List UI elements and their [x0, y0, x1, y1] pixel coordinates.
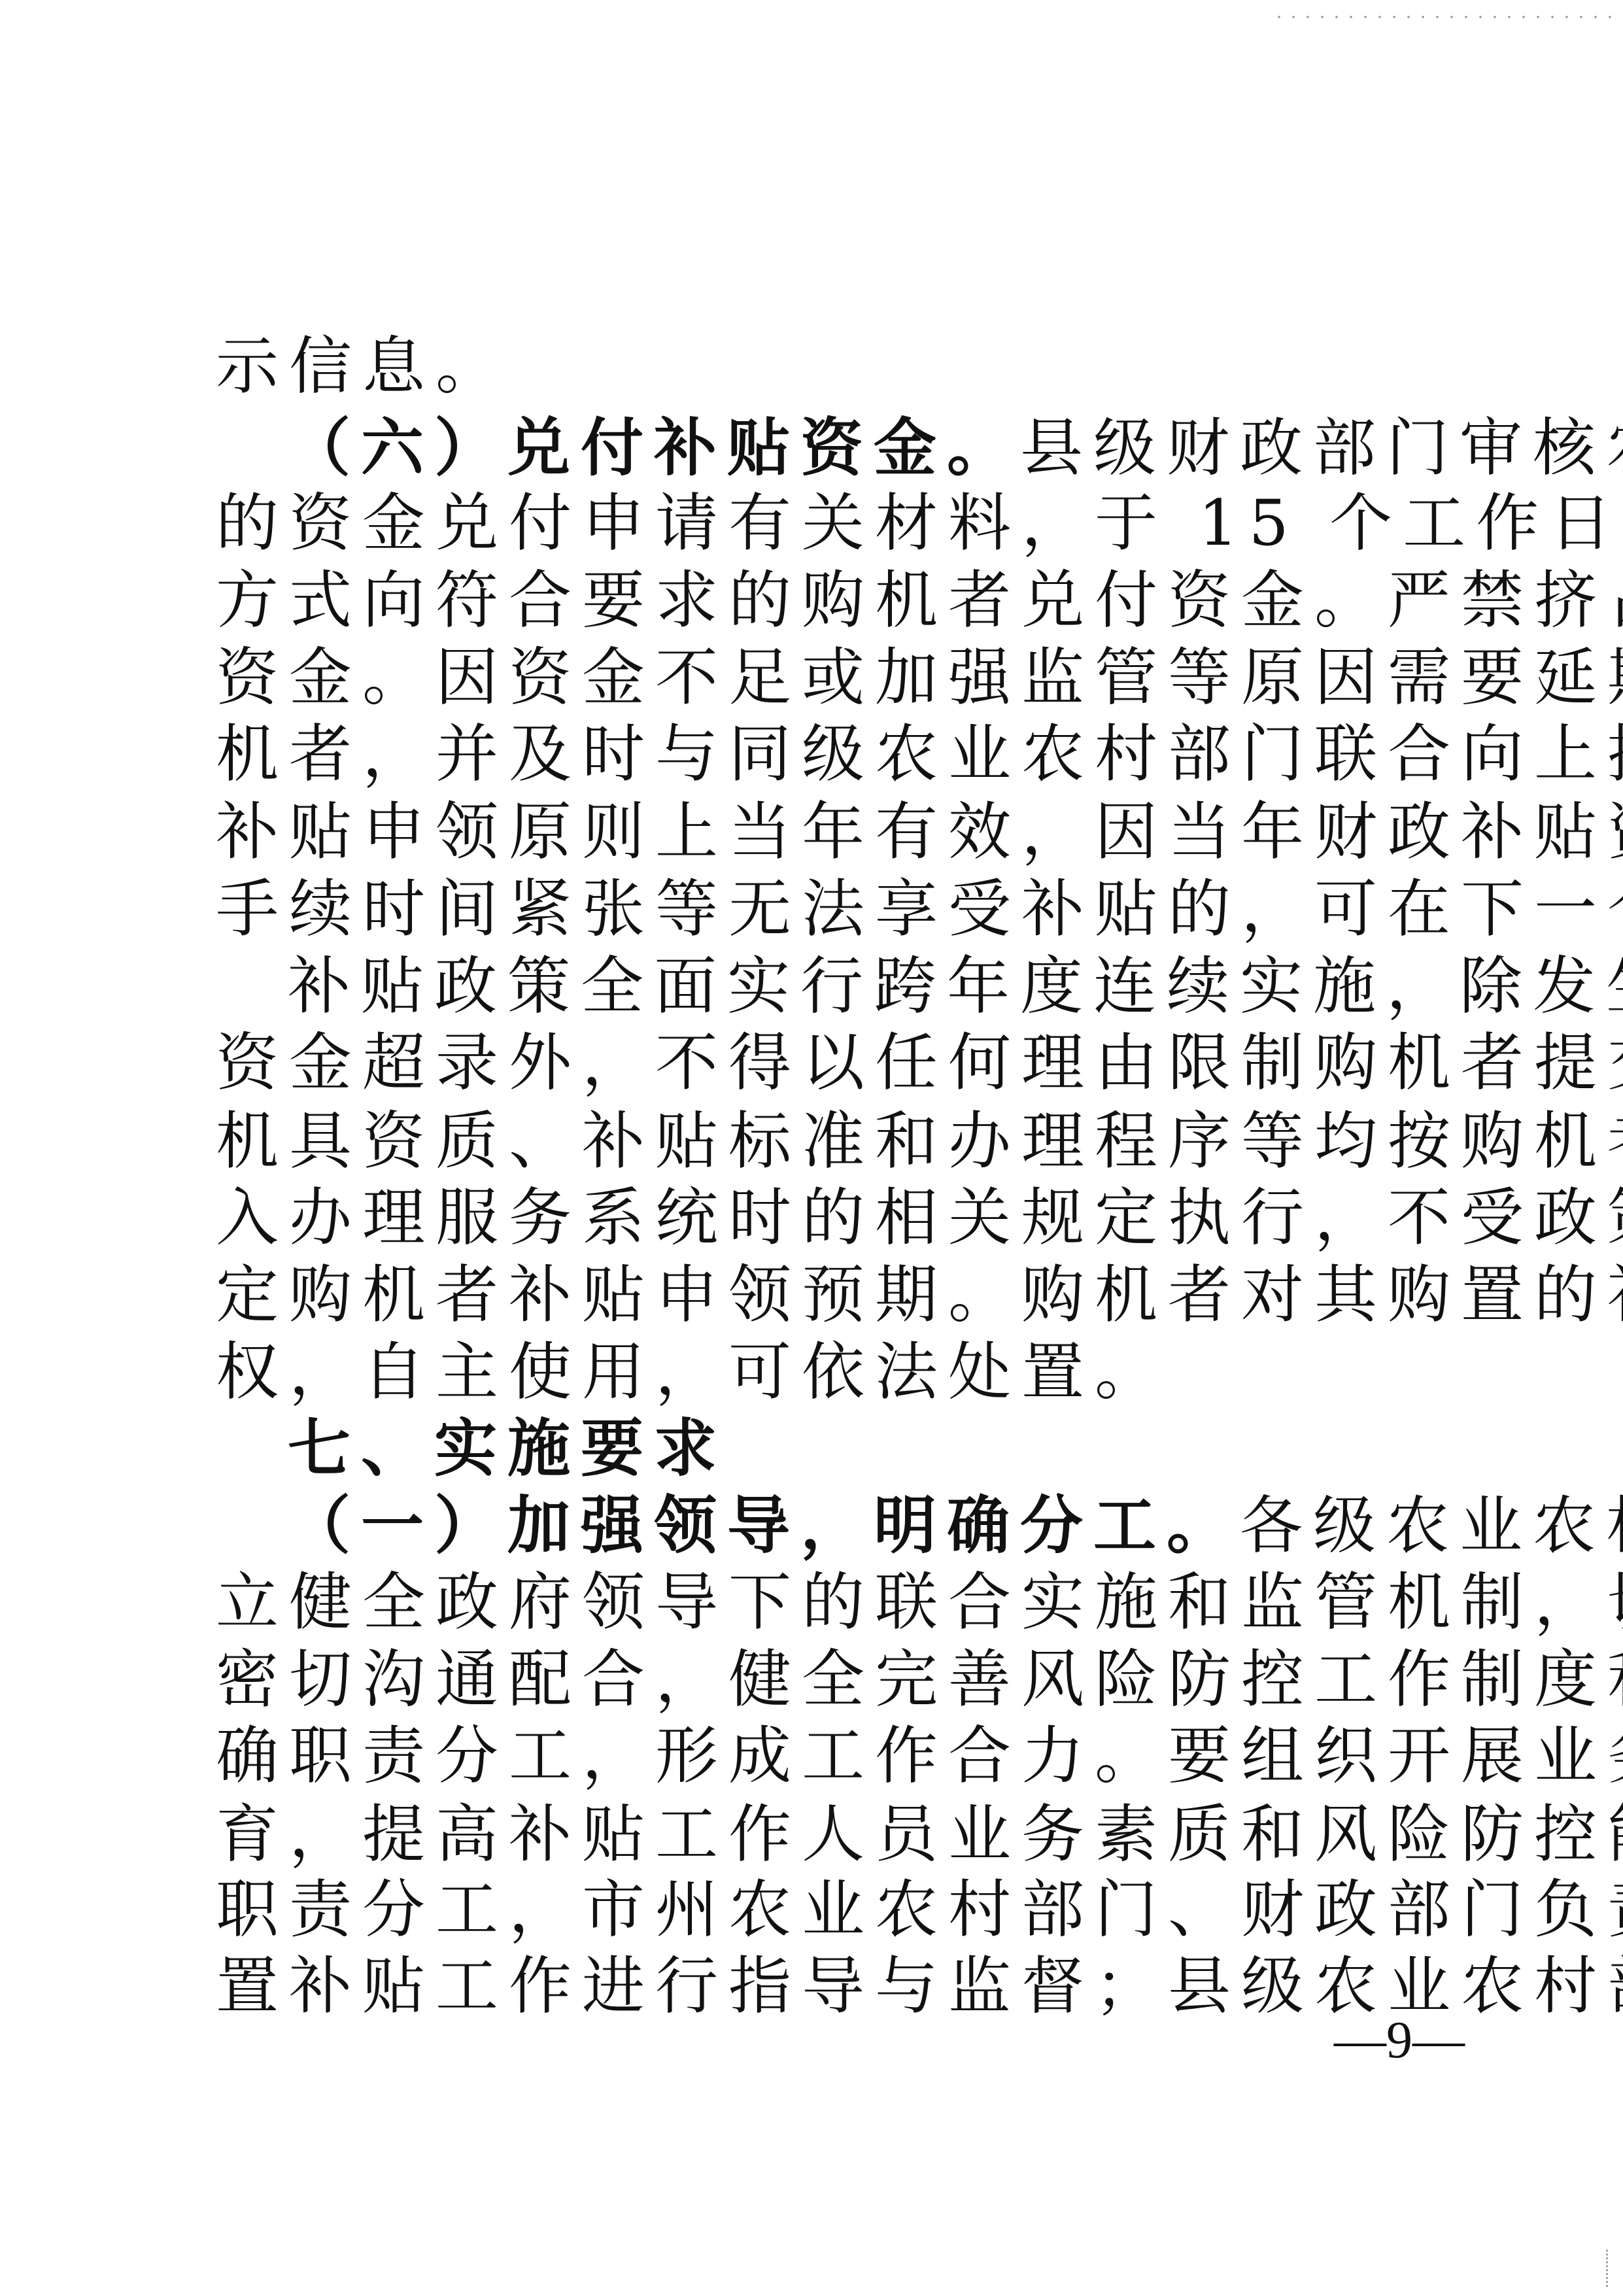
- text-line: 示信息。: [216, 328, 1419, 405]
- text-line: 权，自主使用，可依法处置。: [216, 1334, 1419, 1411]
- section-paragraph-six: （六）兑付补贴资金。县级财政部门审核农业农村部门提交: [288, 410, 1491, 487]
- text-line: 入办理服务系统时的相关规定执行，不受政策调整影响，切实稳: [216, 1180, 1419, 1256]
- text-line: 立健全政府领导下的联合实施和监管机制，切实加强组织协调，: [216, 1564, 1419, 1641]
- text-line: 机者，并及时与同级农业农村部门联合向上报告资金供需情况。: [216, 716, 1419, 793]
- page-number: —9—: [1334, 2011, 1465, 2070]
- scan-artifact-dots: [1272, 14, 1612, 20]
- document-page: 示信息。 （六）兑付补贴资金。县级财政部门审核农业农村部门提交 的资金兑付申请有…: [0, 0, 1623, 2296]
- text-line: 育，提高补贴工作人员业务素质和风险防控能力。要进一步明确: [216, 1796, 1419, 1873]
- text-line: 的资金兑付申请有关材料，于 15 个工作日内通过国库集中支付: [216, 485, 1419, 562]
- subheading-six: （六）兑付补贴资金。: [288, 411, 1020, 485]
- text-line: 手续时间紧张等无法享受补贴的，可在下一个年度优先兑付。: [216, 871, 1419, 948]
- text-line: 资金。因资金不足或加强监管等原因需要延期兑付的，应告知购: [216, 640, 1419, 716]
- text-line: 置补贴工作进行指导与监督；县级农业农村部门负责农机购置补: [216, 1948, 1419, 2025]
- text-line: 机具资质、补贴标准和办理程序等均按购机者提交补贴申请并录: [216, 1103, 1419, 1180]
- text-line: 方式向符合要求的购机者兑付资金。严禁挤占挪用农机购置补贴: [216, 562, 1419, 639]
- text-run: 各级农业农村、财政部门要建: [1240, 1489, 1623, 1562]
- text-line: 确职责分工，形成工作合力。要组织开展业务培训和廉政警示教: [216, 1718, 1419, 1794]
- scan-artifact-edge: [1606, 2250, 1608, 2289]
- text-run: 县级财政部门审核农业农村部门提交: [1020, 411, 1623, 485]
- text-line: 补贴政策全面实行跨年度连续实施，除发生违规行为或补贴: [288, 948, 1491, 1025]
- section-paragraph-one: （一）加强领导，明确分工。各级农业农村、财政部门要建: [288, 1488, 1491, 1564]
- subheading-one: （一）加强领导，明确分工。: [288, 1489, 1240, 1562]
- text-line: 密切沟通配合，健全完善风险防控工作制度和内部控制规程，明: [216, 1641, 1419, 1718]
- text-line: 定购机者补贴申领预期。购机者对其购置的补贴机具拥有所有: [216, 1257, 1419, 1333]
- text-line: 职责分工，市州农业农村部门、财政部门负责对所辖县市区的购: [216, 1872, 1419, 1948]
- section-heading-seven: 七、实施要求: [288, 1411, 1491, 1487]
- text-line: 资金超录外，不得以任何理由限制购机者提交补贴申请，且补贴: [216, 1025, 1419, 1101]
- text-line: 补贴申领原则上当年有效，因当年财政补贴资金规模不够、办理: [216, 794, 1419, 870]
